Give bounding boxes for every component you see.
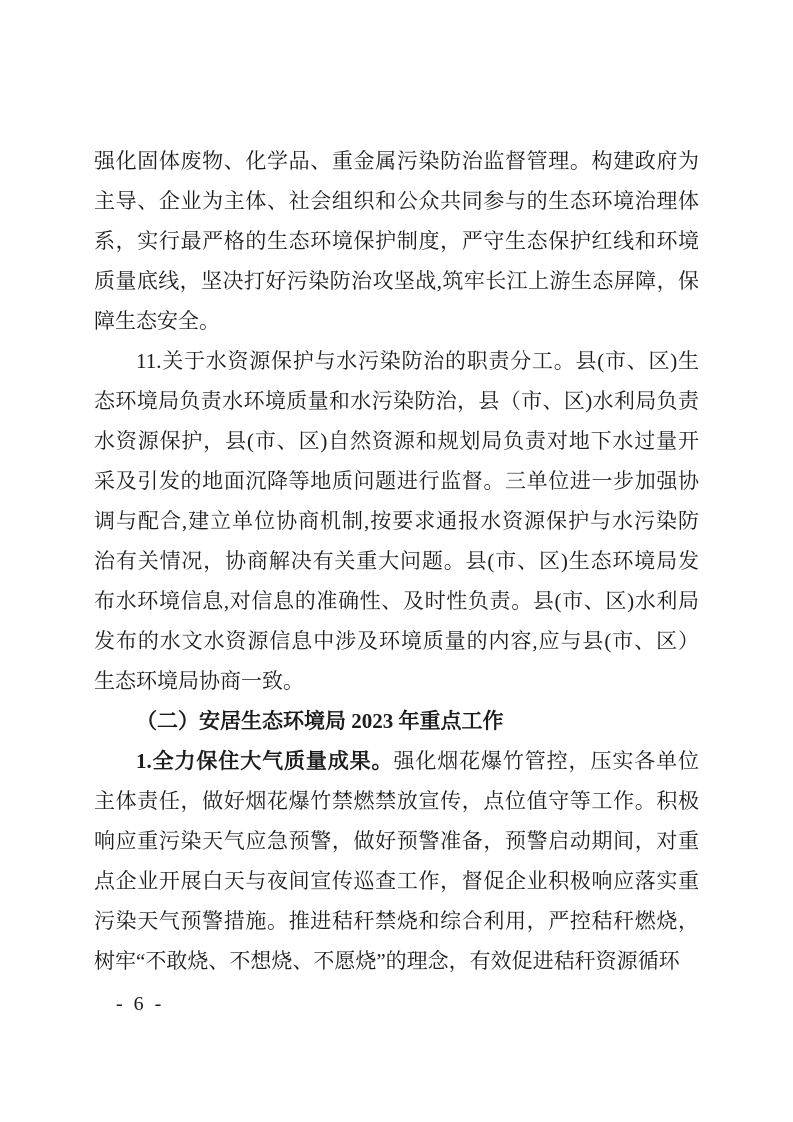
text-line: 调与配合,建立单位协商机制,按要求通报水资源保护与水污染防 <box>94 501 699 541</box>
text-run: 系，实行最严格的生态环境保护制度，严守生态保护红线和环境 <box>94 229 699 253</box>
paragraph-pollution-control-continuation: 强化固体废物、化学品、重金属污染防治监督管理。构建政府为主导、企业为主体、社会组… <box>94 141 699 341</box>
bold-run: 1.全力保住大气质量成果。 <box>136 749 393 773</box>
text-line: 响应重污染天气应急预警，做好预警准备，预警启动期间，对重 <box>94 821 699 861</box>
text-line: 障生态安全。 <box>94 301 699 341</box>
text-line: 点企业开展白天与夜间宣传巡查工作，督促企业积极响应落实重 <box>94 861 699 901</box>
paragraph-item-11-water-resources: 11.关于水资源保护与水污染防治的职责分工。县(市、区)生态环境局负责水环境质量… <box>94 341 699 701</box>
text-run: 调与配合,建立单位协商机制,按要求通报水资源保护与水污染防 <box>94 509 699 533</box>
text-line: 质量底线，坚决打好污染防治攻坚战,筑牢长江上游生态屏障，保 <box>94 261 699 301</box>
text-line: 主导、企业为主体、社会组织和公众共同参与的生态环境治理体 <box>94 181 699 221</box>
text-run: 生态环境局协商一致。 <box>94 669 304 693</box>
text-line: 11.关于水资源保护与水污染防治的职责分工。县(市、区)生 <box>94 341 699 381</box>
text-run: 响应重污染天气应急预警，做好预警准备，预警启动期间，对重 <box>94 829 699 853</box>
text-run: 质量底线，坚决打好污染防治攻坚战,筑牢长江上游生态屏障，保 <box>94 269 699 293</box>
text-line: （二）安居生态环境局 2023 年重点工作 <box>94 701 699 741</box>
text-run: 11.关于水资源保护与水污染防治的职责分工。县(市、区)生 <box>136 349 699 373</box>
text-run: 发布的水文水资源信息中涉及环境质量的内容,应与县(市、区） <box>94 629 699 653</box>
text-run: 布水环境信息,对信息的准确性、及时性负责。县(市、区)水利局 <box>94 589 699 613</box>
document-body: 强化固体废物、化学品、重金属污染防治监督管理。构建政府为主导、企业为主体、社会组… <box>94 141 699 981</box>
text-line: 强化固体废物、化学品、重金属污染防治监督管理。构建政府为 <box>94 141 699 181</box>
text-line: 发布的水文水资源信息中涉及环境质量的内容,应与县(市、区） <box>94 621 699 661</box>
text-run: 污染天气预警措施。推进秸秆禁烧和综合利用，严控秸秆燃烧， <box>94 909 699 933</box>
text-run: 强化烟花爆竹管控，压实各单位 <box>393 749 699 773</box>
text-run: （二）安居生态环境局 2023 年重点工作 <box>136 709 504 733</box>
text-run: 点企业开展白天与夜间宣传巡查工作，督促企业积极响应落实重 <box>94 869 699 893</box>
text-line: 主体责任，做好烟花爆竹禁燃禁放宣传，点位值守等工作。积极 <box>94 781 699 821</box>
text-run: 障生态安全。 <box>94 309 220 333</box>
text-run: 强化固体废物、化学品、重金属污染防治监督管理。构建政府为 <box>94 149 699 173</box>
text-run: 主体责任，做好烟花爆竹禁燃禁放宣传，点位值守等工作。积极 <box>94 789 699 813</box>
text-line: 采及引发的地面沉降等地质问题进行监督。三单位进一步加强协 <box>94 461 699 501</box>
text-run: 树牢“不敢烧、不想烧、不愿烧”的理念，有效促进秸秆资源循环 <box>94 949 680 973</box>
text-line: 污染天气预警措施。推进秸秆禁烧和综合利用，严控秸秆燃烧， <box>94 901 699 941</box>
text-line: 治有关情况，协商解决有关重大问题。县(市、区)生态环境局发 <box>94 541 699 581</box>
text-line: 布水环境信息,对信息的准确性、及时性负责。县(市、区)水利局 <box>94 581 699 621</box>
document-page: 强化固体废物、化学品、重金属污染防治监督管理。构建政府为主导、企业为主体、社会组… <box>0 0 793 1122</box>
page-number: - 6 - <box>116 993 164 1015</box>
paragraph-item-1-air-quality: 1.全力保住大气质量成果。强化烟花爆竹管控，压实各单位主体责任，做好烟花爆竹禁燃… <box>94 741 699 981</box>
text-line: 树牢“不敢烧、不想烧、不愿烧”的理念，有效促进秸秆资源循环 <box>94 941 699 981</box>
text-line: 系，实行最严格的生态环境保护制度，严守生态保护红线和环境 <box>94 221 699 261</box>
text-run: 水资源保护，县(市、区)自然资源和规划局负责对地下水过量开 <box>94 429 699 453</box>
text-run: 主导、企业为主体、社会组织和公众共同参与的生态环境治理体 <box>94 189 699 213</box>
text-line: 生态环境局协商一致。 <box>94 661 699 701</box>
text-line: 1.全力保住大气质量成果。强化烟花爆竹管控，压实各单位 <box>94 741 699 781</box>
text-run: 采及引发的地面沉降等地质问题进行监督。三单位进一步加强协 <box>94 469 699 493</box>
text-run: 态环境局负责水环境质量和水污染防治，县（市、区)水利局负责 <box>94 389 699 413</box>
text-line: 态环境局负责水环境质量和水污染防治，县（市、区)水利局负责 <box>94 381 699 421</box>
text-run: 治有关情况，协商解决有关重大问题。县(市、区)生态环境局发 <box>94 549 699 573</box>
text-line: 水资源保护，县(市、区)自然资源和规划局负责对地下水过量开 <box>94 421 699 461</box>
section-heading-2-anju-2023-key-work: （二）安居生态环境局 2023 年重点工作 <box>94 701 699 741</box>
